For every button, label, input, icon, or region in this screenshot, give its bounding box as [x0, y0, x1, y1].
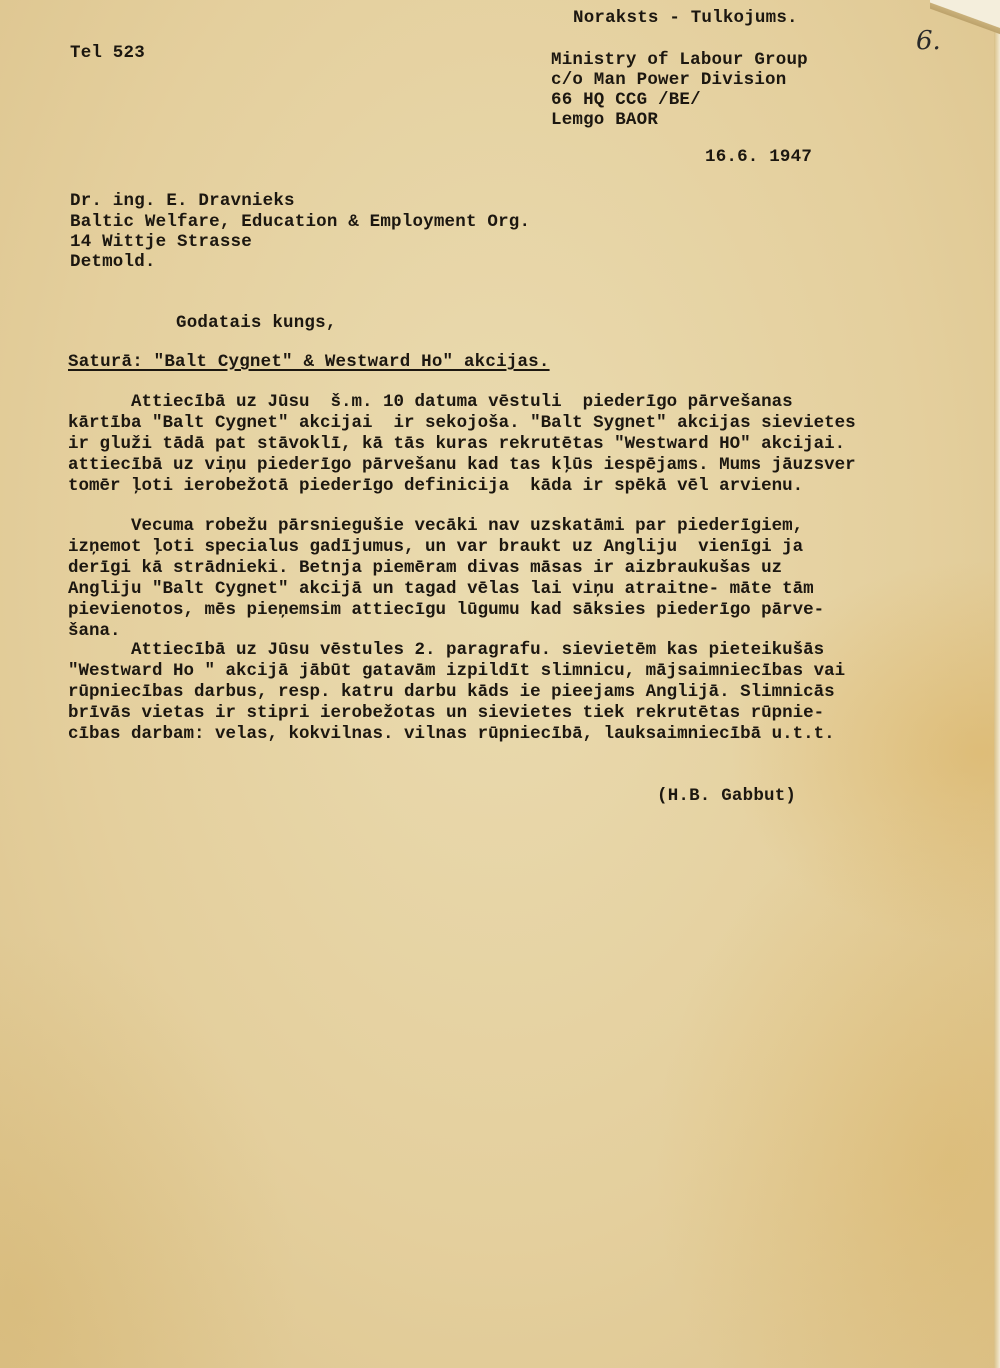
letter-date: 16.6. 1947 [705, 147, 812, 168]
paragraph-2: Vecuma robežu pārsniegušie vecāki nav uz… [68, 516, 968, 642]
signature: (H.B. Gabbut) [657, 786, 796, 807]
paragraph-line: Vecuma robežu pārsniegušie vecāki nav uz… [68, 516, 968, 537]
recipient-line: Baltic Welfare, Education & Employment O… [70, 212, 530, 233]
sender-line: Ministry of Labour Group [551, 50, 808, 71]
salutation: Godatais kungs, [176, 313, 337, 334]
paragraph-line: tomēr ļoti ierobežotā piederīgo definici… [68, 476, 968, 497]
sender-line: 66 HQ CCG /BE/ [551, 90, 701, 111]
handwritten-page-number: 6. [916, 26, 941, 56]
sender-line: Lemgo BAOR [551, 110, 658, 131]
paragraph-line: Attiecībā uz Jūsu š.m. 10 datuma vēstuli… [68, 392, 968, 413]
paragraph-line: rūpniecības darbus, resp. katru darbu kā… [68, 682, 968, 703]
paragraph-line: "Westward Ho " akcijā jābūt gatavām izpi… [68, 661, 968, 682]
recipient-line: Detmold. [70, 252, 156, 273]
paper-edge [994, 0, 1000, 1368]
recipient-line: Dr. ing. E. Dravnieks [70, 191, 295, 212]
paragraph-line: cības darbam: velas, kokvilnas. vilnas r… [68, 724, 968, 745]
sender-line: c/o Man Power Division [551, 70, 786, 91]
subject-line: Saturā: "Balt Cygnet" & Westward Ho" akc… [68, 352, 550, 373]
telephone-number: Tel 523 [70, 43, 145, 64]
paragraph-line: kārtība "Balt Cygnet" akcijai ir sekojoš… [68, 413, 968, 434]
paragraph-line: attiecībā uz viņu piederīgo pārvešanu ka… [68, 455, 968, 476]
header-copy-translation: Noraksts - Tulkojums. [573, 8, 798, 29]
paragraph-line: šana. [68, 621, 968, 642]
paragraph-line: Attiecībā uz Jūsu vēstules 2. paragrafu.… [68, 640, 968, 661]
paragraph-1: Attiecībā uz Jūsu š.m. 10 datuma vēstuli… [68, 392, 968, 497]
paragraph-3: Attiecībā uz Jūsu vēstules 2. paragrafu.… [68, 640, 968, 745]
paragraph-line: izņemot ļoti specialus gadījumus, un var… [68, 537, 968, 558]
letter-page: Noraksts - Tulkojums. 6. Tel 523 Ministr… [0, 0, 1000, 1368]
paragraph-line: pievienotos, mēs pieņemsim attiecīgu lūg… [68, 600, 968, 621]
paragraph-line: ir gluži tādā pat stāvoklī, kā tās kuras… [68, 434, 968, 455]
paragraph-line: brīvās vietas ir stipri ierobežotas un s… [68, 703, 968, 724]
paragraph-line: Angliju "Balt Cygnet" akcijā un tagad vē… [68, 579, 968, 600]
recipient-line: 14 Wittje Strasse [70, 232, 252, 253]
paragraph-line: derīgi kā strādnieki. Betnja piemēram di… [68, 558, 968, 579]
